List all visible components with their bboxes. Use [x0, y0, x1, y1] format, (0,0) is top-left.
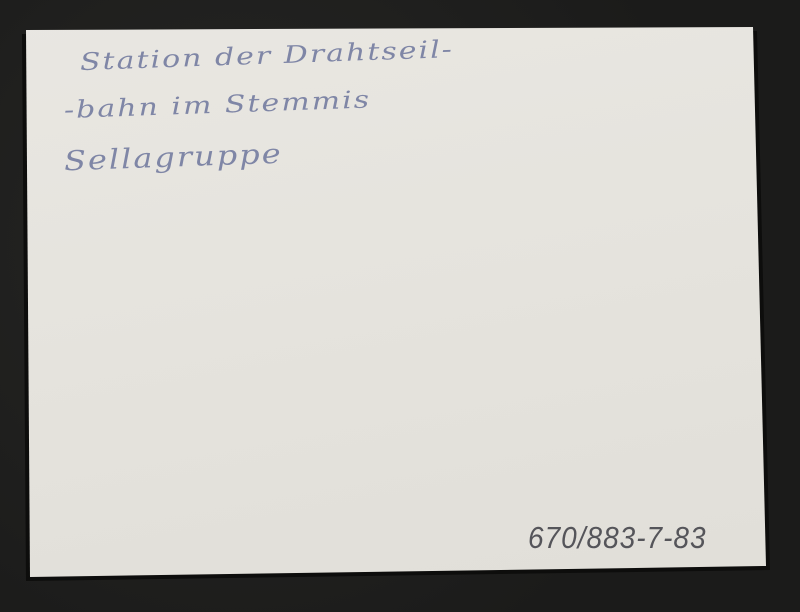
catalog-number: 670/883-7-83	[528, 520, 707, 555]
